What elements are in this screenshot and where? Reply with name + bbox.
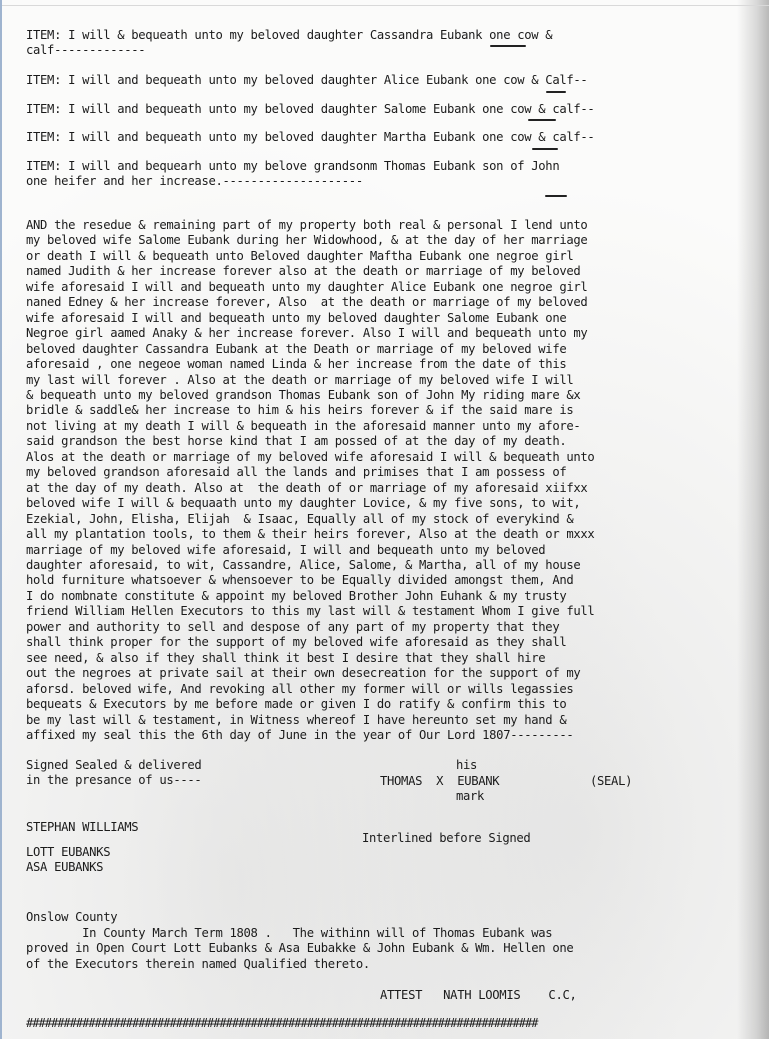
handwritten-underline <box>490 45 526 47</box>
document-page: ITEM: I will & bequeath unto my beloved … <box>0 0 769 1039</box>
bequest-item-martha: ITEM: I will and bequeath unto my belove… <box>26 130 594 145</box>
bequest-item-thomas: ITEM: I will and bequearh unto my belove… <box>26 159 559 190</box>
handwritten-underline <box>528 119 556 121</box>
testator-signature: THOMAS X EUBANK <box>380 774 499 788</box>
mark-label: mark <box>456 789 484 803</box>
footer-hash-divider: ########################################… <box>26 1016 537 1031</box>
county-heading: Onslow County <box>26 910 117 925</box>
witness-stephan-williams: STEPHAN WILLIAMS <box>26 820 138 835</box>
signed-sealed-text: Signed Sealed & delivered in the presanc… <box>26 758 201 789</box>
witness-lott-eubanks: LOTT EUBANKS <box>26 845 110 860</box>
bequest-item-salome: ITEM: I will and bequeath unto my belove… <box>26 102 594 117</box>
handwritten-underline <box>545 195 567 197</box>
will-body-paragraph: AND the resedue & remaining part of my p… <box>26 218 594 743</box>
bequest-item-cassandra: ITEM: I will & bequeath unto my beloved … <box>26 28 552 59</box>
seal-label: (SEAL) <box>590 774 632 788</box>
probate-paragraph: In County March Term 1808 . The withinn … <box>26 926 573 972</box>
interlined-note: Interlined before Signed <box>362 831 530 845</box>
witness-asa-eubanks: ASA EUBANKS <box>26 860 103 875</box>
his-label: his <box>456 758 477 772</box>
handwritten-underline <box>532 148 558 150</box>
attest-line: ATTEST NATH LOOMIS C.C, <box>380 988 577 1002</box>
bequest-item-alice: ITEM: I will and bequeath unto my belove… <box>26 73 587 88</box>
handwritten-underline <box>546 91 566 93</box>
top-divider <box>2 5 769 6</box>
